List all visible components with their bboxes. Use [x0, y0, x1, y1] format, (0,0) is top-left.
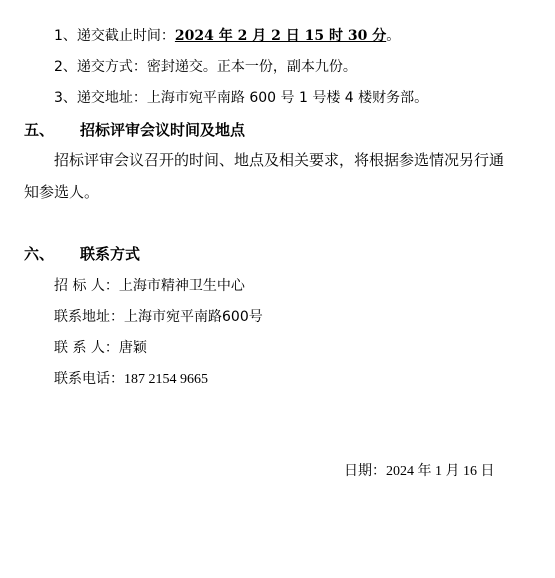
section5-title: 招标评审会议时间及地点	[80, 121, 245, 139]
contact-row-phone: 联系电话：187 2154 9665	[54, 369, 208, 390]
contact-label: 招 标 人：	[54, 278, 119, 294]
section5-heading: 五、招标评审会议时间及地点	[24, 120, 245, 140]
contact-label: 联系电话：	[54, 371, 124, 387]
contact-label: 联 系 人：	[54, 340, 119, 356]
contact-row-person: 联 系 人：唐颖	[54, 338, 147, 358]
section5-paragraph-line2: 知参选人。	[24, 182, 99, 202]
section6-number: 六、	[24, 245, 54, 263]
document-date: 日期：2024 年 1 月 16 日	[344, 461, 495, 482]
contact-value: 上海市精神卫生中心	[119, 278, 245, 294]
date-label: 日期：	[344, 463, 386, 479]
deadline-value: 2024 年 2 月 2 日 15 时 30 分	[175, 28, 386, 44]
contact-phone: 187 2154 9665	[124, 372, 208, 387]
deadline-label: 1、递交截止时间：	[54, 28, 175, 44]
section5-paragraph-line1: 招标评审会议召开的时间、地点及相关要求，将根据参选情况另行通	[54, 150, 504, 170]
contact-row-address: 联系地址：上海市宛平南路600号	[54, 307, 263, 327]
deadline-suffix: 。	[386, 28, 400, 44]
section5-number: 五、	[24, 121, 54, 139]
date-value: 2024 年 1 月 16 日	[386, 464, 495, 479]
contact-row-tenderer: 招 标 人：上海市精神卫生中心	[54, 276, 245, 296]
contact-label: 联系地址：	[54, 309, 124, 325]
contact-value: 上海市宛平南路600号	[124, 309, 263, 325]
submission-method-item: 2、递交方式：密封递交。正本一份，副本九份。	[54, 57, 357, 77]
section6-heading: 六、联系方式	[24, 244, 140, 264]
section6-title: 联系方式	[80, 245, 140, 263]
contact-value: 唐颖	[119, 340, 147, 356]
deadline-item: 1、递交截止时间：2024 年 2 月 2 日 15 时 30 分。	[54, 26, 400, 46]
submission-address-item: 3、递交地址：上海市宛平南路 600 号 1 号楼 4 楼财务部。	[54, 88, 428, 108]
